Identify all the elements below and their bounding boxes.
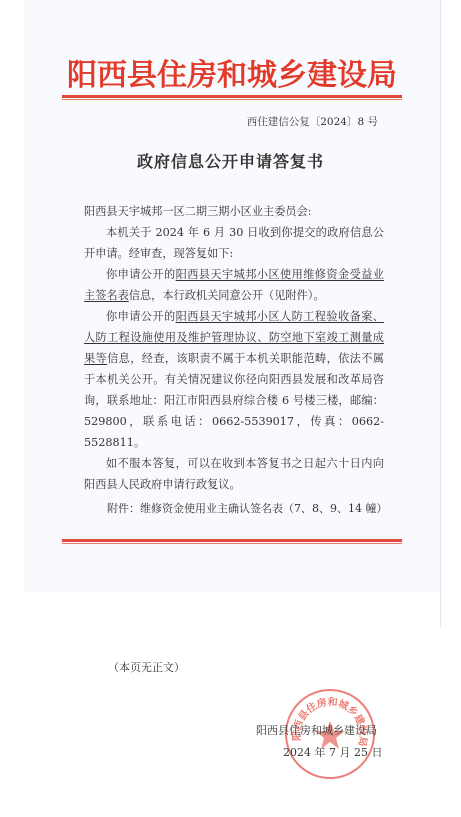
- masthead-red-rule: [62, 95, 402, 100]
- masthead-title: 阳西县住房和城乡建设局: [62, 50, 402, 94]
- page-2: [0, 592, 461, 817]
- paragraph-agree-disclose: 你申请公开的阳西县天宇城邦小区使用维修资金受益业主签名表信息，本行政机关同意公开…: [84, 264, 384, 306]
- footer-red-rule: [62, 539, 402, 544]
- addressee: 阳西县天宇城邦一区二期三期小区业主委员会:: [84, 201, 384, 222]
- paragraph-text: 你申请公开的: [106, 310, 176, 323]
- paragraph-appeal: 如不服本答复，可以在收到本答复书之日起六十日内向阳西县人民政府申请行政复议。: [84, 453, 384, 495]
- document-title: 政府信息公开申请答复书: [0, 149, 461, 172]
- page-edge: [440, 592, 441, 628]
- paragraph-text: 信息，经查，该职责不属于本机关职能范畴，依法不属于本机关公开。有关情况建议你径向…: [84, 352, 384, 449]
- document-number: 西住建信公复〔2024〕8 号: [247, 114, 378, 129]
- paragraph-text: 你申请公开的: [106, 268, 176, 281]
- document-body: 阳西县天宇城邦一区二期三期小区业主委员会: 本机关于 2024 年 6 月 30…: [84, 201, 384, 495]
- signature-organization: 阳西县住房和城乡建设局: [256, 722, 377, 738]
- signature-date: 2024 年 7 月 25 日: [283, 744, 382, 760]
- no-body-note: （本页无正文）: [108, 659, 185, 675]
- paragraph-text: 信息，本行政机关同意公开（见附件）。: [129, 289, 325, 302]
- paragraph-received: 本机关于 2024 年 6 月 30 日收到你提交的政府信息公开申请。经审查，现…: [84, 222, 384, 264]
- attachment-note: 附件：维修资金使用业主确认签名表（7、8、9、14 幢）: [107, 500, 388, 516]
- paragraph-not-applicable: 你申请公开的阳西县天宇城邦小区人防工程验收备案、人防工程设施使用及维护管理协议、…: [84, 306, 384, 453]
